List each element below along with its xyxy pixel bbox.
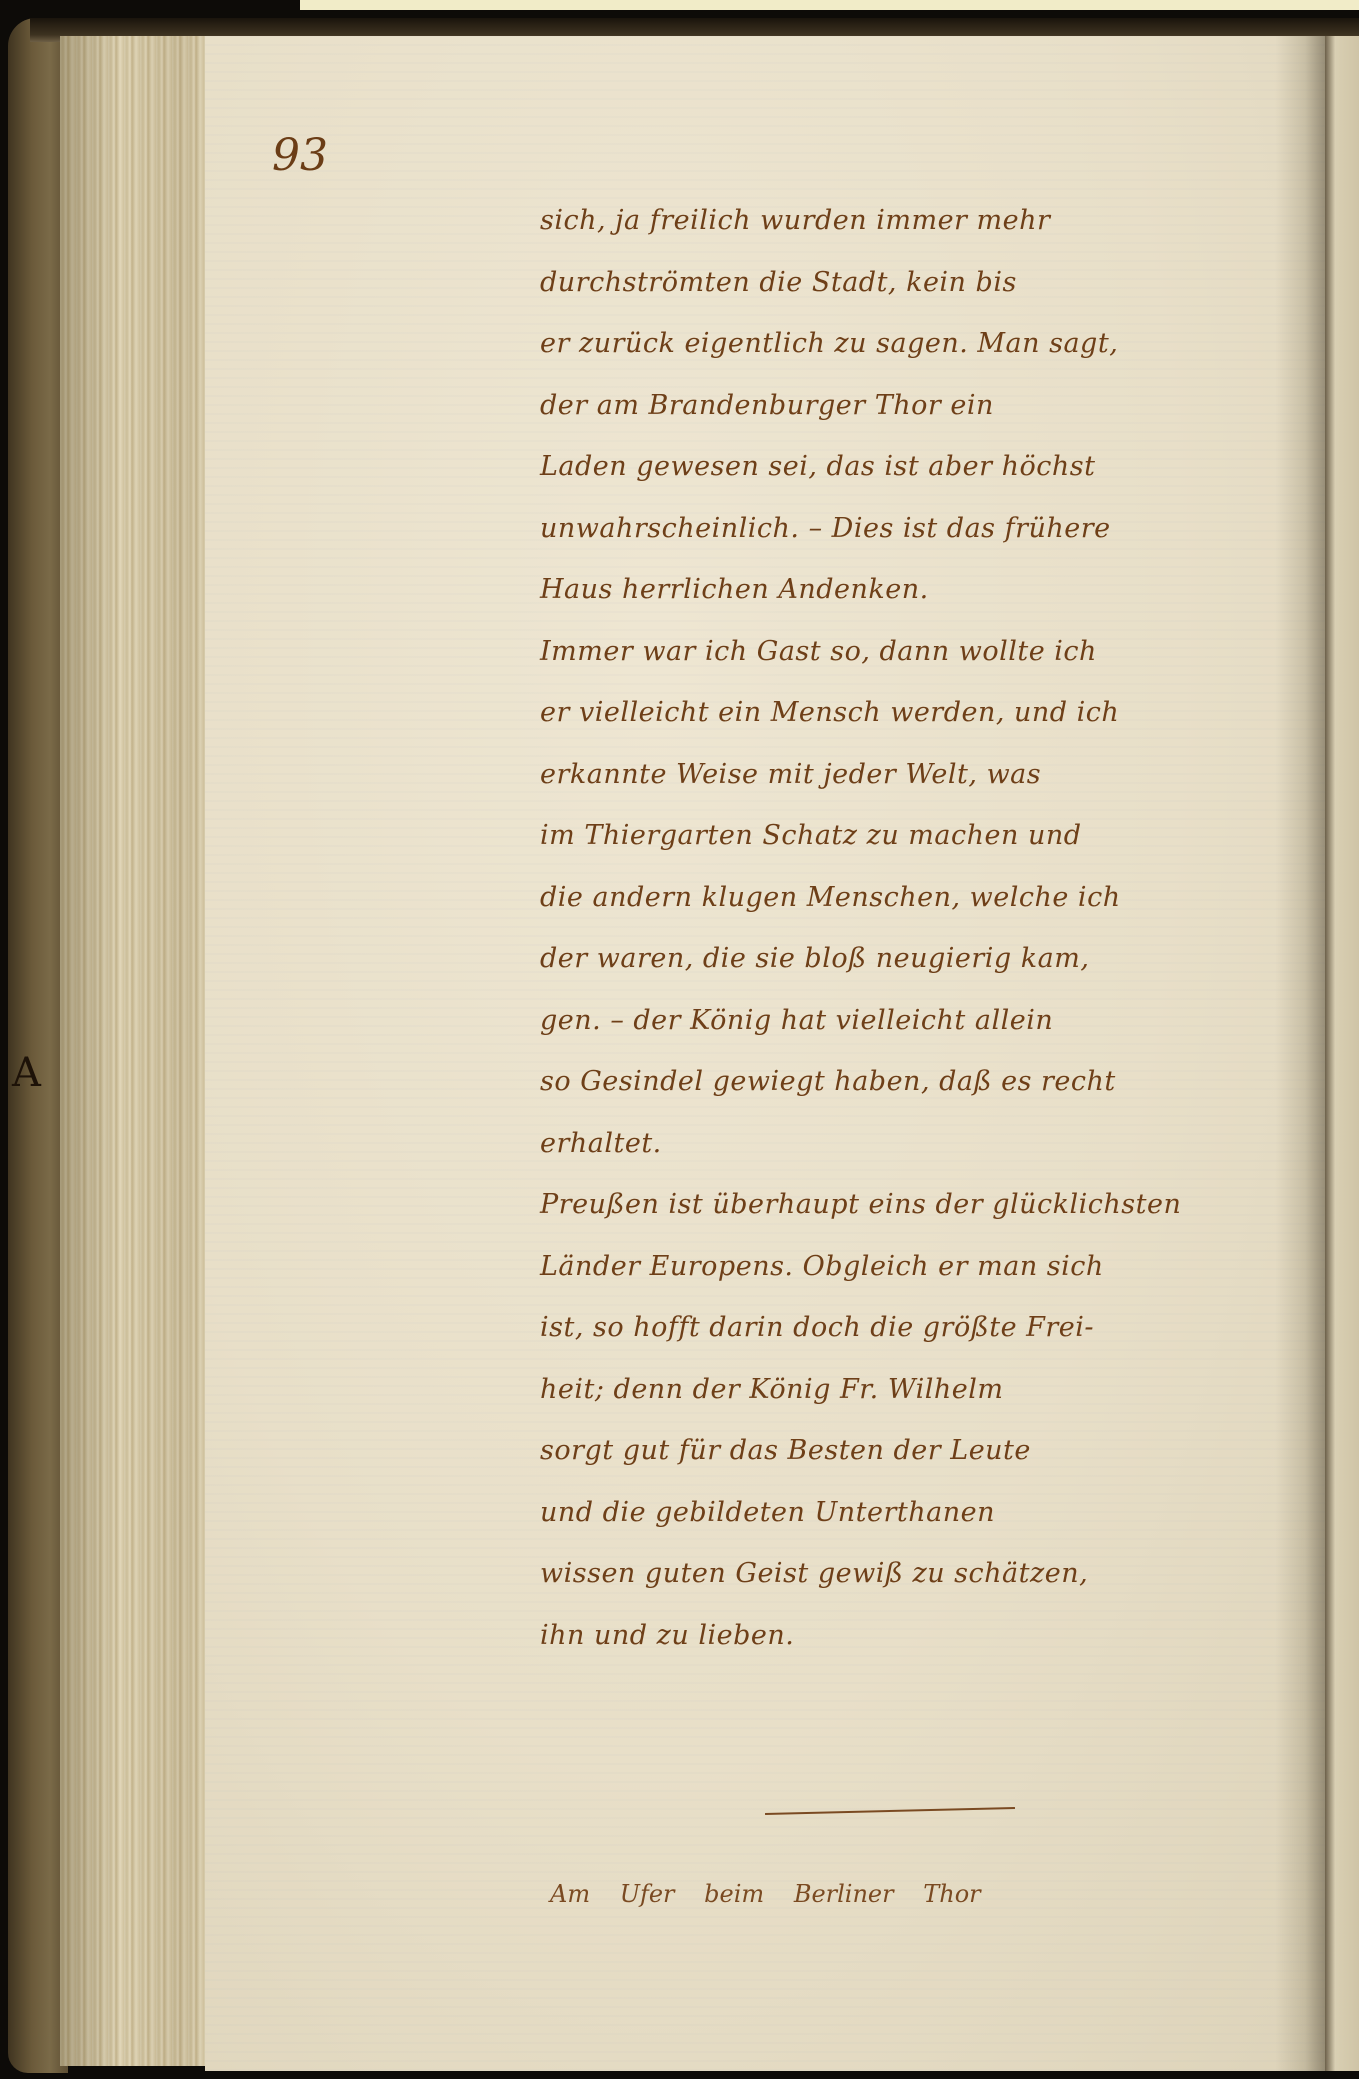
text-line: so Gesindel gewiegt haben, daß es recht [540, 1051, 1270, 1113]
book-cover-left [8, 18, 68, 2073]
text-line: er vielleicht ein Mensch werden, und ich [540, 682, 1270, 744]
spine-mark: A [12, 1050, 41, 1096]
page-number: 93 [272, 130, 328, 181]
page-edges-stack [60, 36, 210, 2066]
text-line: ist, so hofft darin doch die größte Frei… [540, 1297, 1270, 1359]
text-line: wissen guten Geist gewiß zu schätzen, [540, 1543, 1270, 1605]
text-line: der am Brandenburger Thor ein [540, 375, 1270, 437]
scan-top-strip [300, 0, 1359, 10]
text-line: im Thiergarten Schatz zu machen und [540, 805, 1270, 867]
text-line: unwahrscheinlich. – Dies ist das frühere [540, 498, 1270, 560]
text-line: erkannte Weise mit jeder Welt, was [540, 744, 1270, 806]
footer-word: Ufer [620, 1880, 675, 1908]
text-line: Haus herrlichen Andenken. [540, 559, 1270, 621]
text-line: er zurück eigentlich zu sagen. Man sagt, [540, 313, 1270, 375]
footer-word: Am [550, 1880, 590, 1908]
text-line: gen. – der König hat vielleicht allein [540, 990, 1270, 1052]
paragraph-start-line: Preußen ist überhaupt eins der glücklich… [540, 1174, 1270, 1236]
text-line: Länder Europens. Obgleich er man sich [540, 1236, 1270, 1298]
footer-word: beim [704, 1880, 764, 1908]
text-line: heit; denn der König Fr. Wilhelm [540, 1359, 1270, 1421]
page-gutter-shadow [1275, 36, 1325, 2071]
text-line: der waren, die sie bloß neugierig kam, [540, 928, 1270, 990]
footer-word: Berliner [794, 1880, 894, 1908]
text-line: die andern klugen Menschen, welche ich [540, 867, 1270, 929]
manuscript-text: sich, ja freilich wurden immer mehr durc… [540, 190, 1270, 1666]
catchword-line: Am Ufer beim Berliner Thor [550, 1880, 981, 1908]
text-line: durchströmten die Stadt, kein bis [540, 252, 1270, 314]
text-line: und die gebildeten Unterthanen [540, 1482, 1270, 1544]
text-line: sich, ja freilich wurden immer mehr [540, 190, 1270, 252]
text-line: sorgt gut für das Besten der Leute [540, 1420, 1270, 1482]
footer-word: Thor [923, 1880, 980, 1908]
text-line: ihn und zu lieben. [540, 1605, 1270, 1667]
text-line: Laden gewesen sei, das ist aber höchst [540, 436, 1270, 498]
facing-page-edge [1325, 36, 1359, 2071]
text-line: erhaltet. [540, 1113, 1270, 1175]
paragraph-start-line: Immer war ich Gast so, dann wollte ich [540, 621, 1270, 683]
